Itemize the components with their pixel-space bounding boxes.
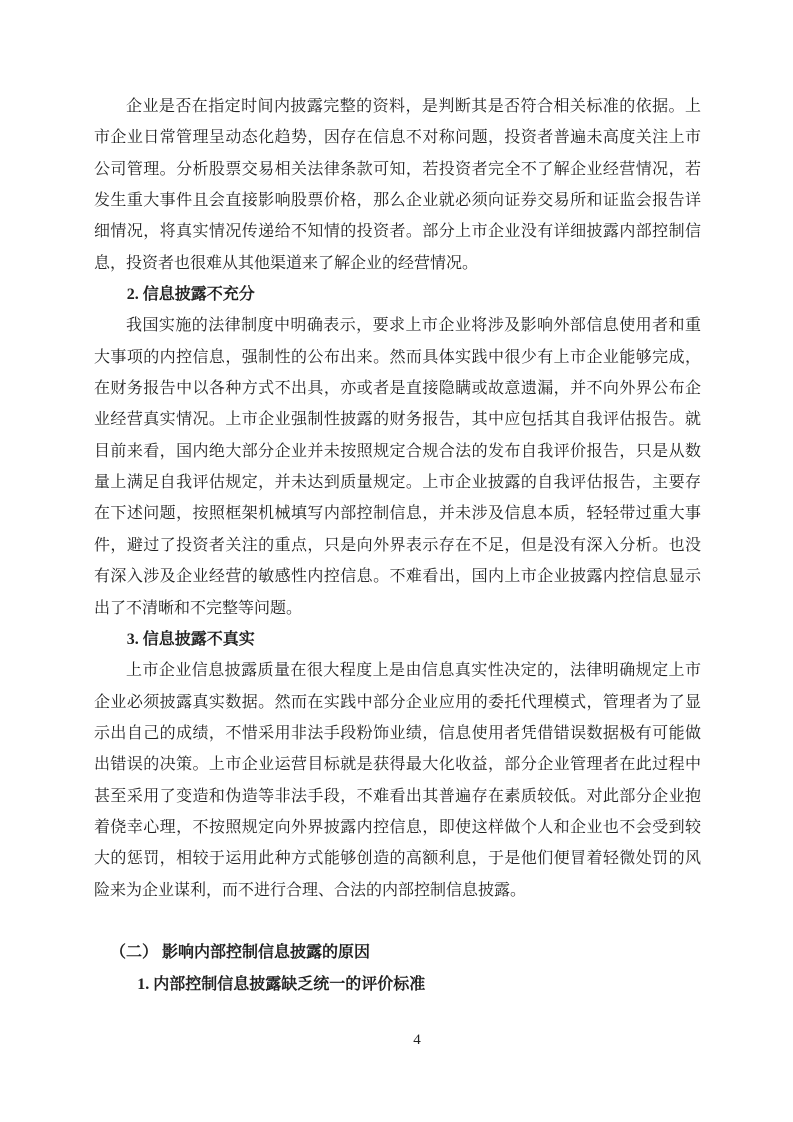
paragraph-untruthful-disclosure: 上市企业信息披露质量在很大程度上是由信息真实性决定的，法律明确规定上市企业必须披… [94,655,701,906]
paragraph-disclosure-completeness: 企业是否在指定时间内披露完整的资料，是判断其是否符合相关标准的依据。上市企业日常… [94,91,701,279]
page-body: 企业是否在指定时间内披露完整的资料，是判断其是否符合相关标准的依据。上市企业日常… [94,91,701,1000]
heading-insufficient-disclosure: 2. 信息披露不充分 [94,279,701,310]
heading-untruthful-disclosure: 3. 信息披露不真实 [94,624,701,655]
heading-lack-of-unified-evaluation-standard: 1. 内部控制信息披露缺乏统一的评价标准 [94,969,701,1000]
heading-section-causes-of-disclosure: （二） 影响内部控制信息披露的原因 [94,937,701,968]
page-number: 4 [413,1031,421,1049]
paragraph-insufficient-disclosure: 我国实施的法律制度中明确表示，要求上市企业将涉及影响外部信息使用者和重大事项的内… [94,310,701,623]
document-page: 企业是否在指定时间内披露完整的资料，是判断其是否符合相关标准的依据。上市企业日常… [0,0,793,1122]
